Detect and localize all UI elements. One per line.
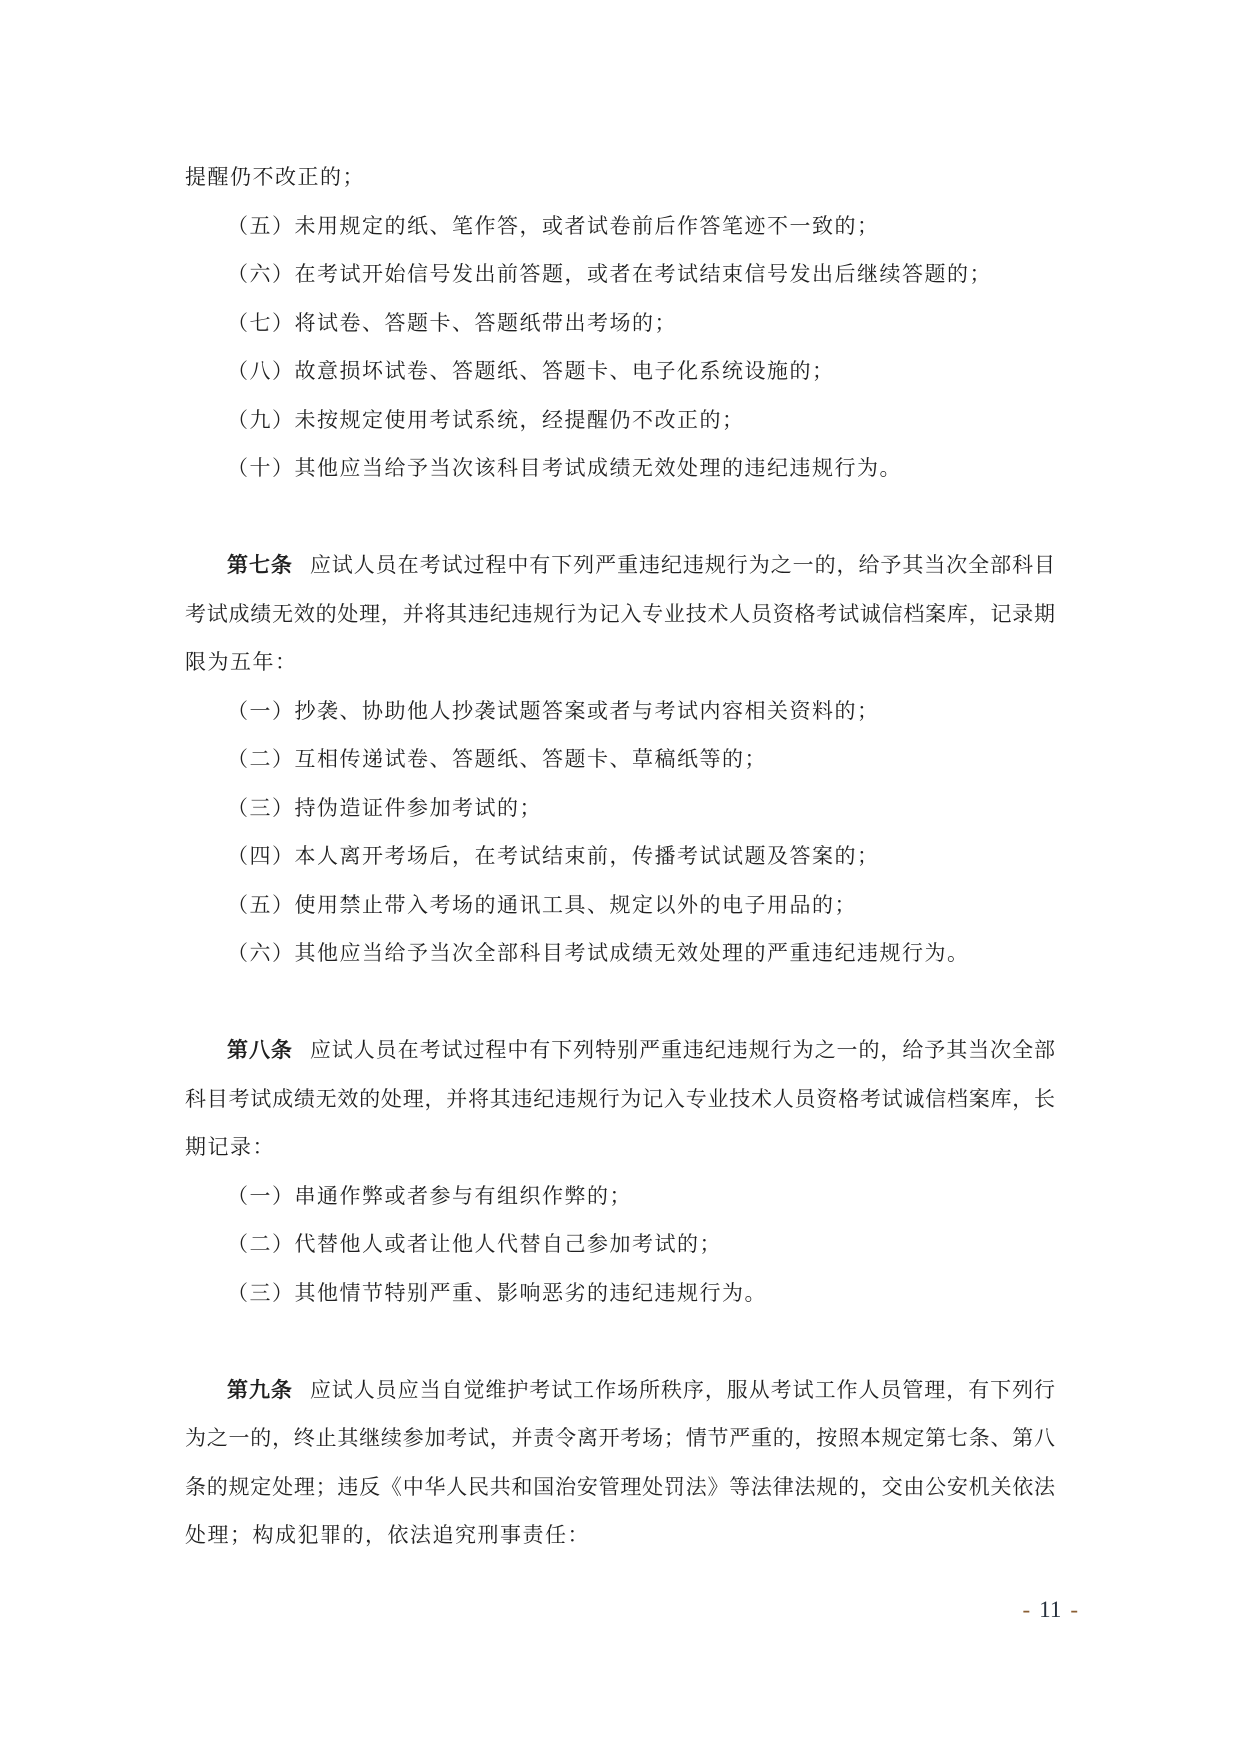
text-line: 第九条应试人员应当自觉维护考试工作场所秩序，服从考试工作人员管理，有下列行 (185, 1366, 1055, 1415)
list-item: （九）未按规定使用考试系统，经提醒仍不改正的； (185, 396, 1055, 445)
text-line: （三）持伪造证件参加考试的； (185, 784, 1055, 833)
list-item: （一）串通作弊或者参与有组织作弊的； (185, 1172, 1055, 1221)
text-line: （五）未用规定的纸、笔作答，或者试卷前后作答笔迹不一致的； (185, 202, 1055, 251)
text-line: 处理；构成犯罪的，依法追究刑事责任： (185, 1511, 1055, 1560)
text-line: 提醒仍不改正的； (185, 153, 1055, 202)
list-item: （八）故意损坏试卷、答题纸、答题卡、电子化系统设施的； (185, 347, 1055, 396)
text-line: （三）其他情节特别严重、影响恶劣的违纪违规行为。 (185, 1269, 1055, 1318)
list-item: （三）其他情节特别严重、影响恶劣的违纪违规行为。 (185, 1269, 1055, 1318)
page-number: -11- (1023, 1586, 1079, 1634)
text-line: （六）其他应当给予当次全部科目考试成绩无效处理的严重违纪违规行为。 (185, 929, 1055, 978)
list-item: （六）在考试开始信号发出前答题，或者在考试结束信号发出后继续答题的； (185, 250, 1055, 299)
document-page: 提醒仍不改正的；（五）未用规定的纸、笔作答，或者试卷前后作答笔迹不一致的；（六）… (0, 0, 1240, 1754)
list-item: （五）未用规定的纸、笔作答，或者试卷前后作答笔迹不一致的； (185, 202, 1055, 251)
page-number-dash-left: - (1023, 1597, 1031, 1622)
text-line: （十）其他应当给予当次该科目考试成绩无效处理的违纪违规行为。 (185, 444, 1055, 493)
list-item: （六）其他应当给予当次全部科目考试成绩无效处理的严重违纪违规行为。 (185, 929, 1055, 978)
text-line: 为之一的，终止其继续参加考试，并责令离开考场；情节严重的，按照本规定第七条、第八 (185, 1414, 1055, 1463)
article-number: 第八条 (227, 1039, 293, 1062)
article-paragraph: 第八条应试人员在考试过程中有下列特别严重违纪违规行为之一的，给予其当次全部科目考… (185, 1026, 1055, 1172)
list-item: （三）持伪造证件参加考试的； (185, 784, 1055, 833)
list-item: （五）使用禁止带入考场的通讯工具、规定以外的电子用品的； (185, 881, 1055, 930)
page-number-value: 11 (1039, 1597, 1061, 1622)
article-paragraph: 第七条应试人员在考试过程中有下列严重违纪违规行为之一的，给予其当次全部科目考试成… (185, 541, 1055, 687)
list-item: （四）本人离开考场后，在考试结束前，传播考试试题及答案的； (185, 832, 1055, 881)
article-number: 第七条 (227, 554, 293, 577)
text-line: 条的规定处理；违反《中华人民共和国治安管理处罚法》等法律法规的，交由公安机关依法 (185, 1463, 1055, 1512)
text-line: （六）在考试开始信号发出前答题，或者在考试结束信号发出后继续答题的； (185, 250, 1055, 299)
list-item: （一）抄袭、协助他人抄袭试题答案或者与考试内容相关资料的； (185, 687, 1055, 736)
continuation-paragraph: 提醒仍不改正的； (185, 153, 1055, 202)
text-line: 限为五年： (185, 638, 1055, 687)
page-number-dash-right: - (1070, 1597, 1078, 1622)
text-line: （七）将试卷、答题卡、答题纸带出考场的； (185, 299, 1055, 348)
list-item: （二）代替他人或者让他人代替自己参加考试的； (185, 1220, 1055, 1269)
text-line: （二）互相传递试卷、答题纸、答题卡、草稿纸等的； (185, 735, 1055, 784)
text-line: （八）故意损坏试卷、答题纸、答题卡、电子化系统设施的； (185, 347, 1055, 396)
list-item: （七）将试卷、答题卡、答题纸带出考场的； (185, 299, 1055, 348)
text-line: （一）抄袭、协助他人抄袭试题答案或者与考试内容相关资料的； (185, 687, 1055, 736)
text-line: （四）本人离开考场后，在考试结束前，传播考试试题及答案的； (185, 832, 1055, 881)
text-line: 期记录： (185, 1123, 1055, 1172)
text-line: 考试成绩无效的处理，并将其违纪违规行为记入专业技术人员资格考试诚信档案库，记录期 (185, 590, 1055, 639)
text-line: （一）串通作弊或者参与有组织作弊的； (185, 1172, 1055, 1221)
text-line: 科目考试成绩无效的处理，并将其违纪违规行为记入专业技术人员资格考试诚信档案库，长 (185, 1075, 1055, 1124)
text-line: 第八条应试人员在考试过程中有下列特别严重违纪违规行为之一的，给予其当次全部 (185, 1026, 1055, 1075)
text-line: （九）未按规定使用考试系统，经提醒仍不改正的； (185, 396, 1055, 445)
list-item: （十）其他应当给予当次该科目考试成绩无效处理的违纪违规行为。 (185, 444, 1055, 493)
article-paragraph: 第九条应试人员应当自觉维护考试工作场所秩序，服从考试工作人员管理，有下列行为之一… (185, 1366, 1055, 1560)
text-line: （五）使用禁止带入考场的通讯工具、规定以外的电子用品的； (185, 881, 1055, 930)
document-body: 提醒仍不改正的；（五）未用规定的纸、笔作答，或者试卷前后作答笔迹不一致的；（六）… (185, 153, 1055, 1560)
text-line: （二）代替他人或者让他人代替自己参加考试的； (185, 1220, 1055, 1269)
text-line: 第七条应试人员在考试过程中有下列严重违纪违规行为之一的，给予其当次全部科目 (185, 541, 1055, 590)
article-number: 第九条 (227, 1379, 293, 1402)
list-item: （二）互相传递试卷、答题纸、答题卡、草稿纸等的； (185, 735, 1055, 784)
